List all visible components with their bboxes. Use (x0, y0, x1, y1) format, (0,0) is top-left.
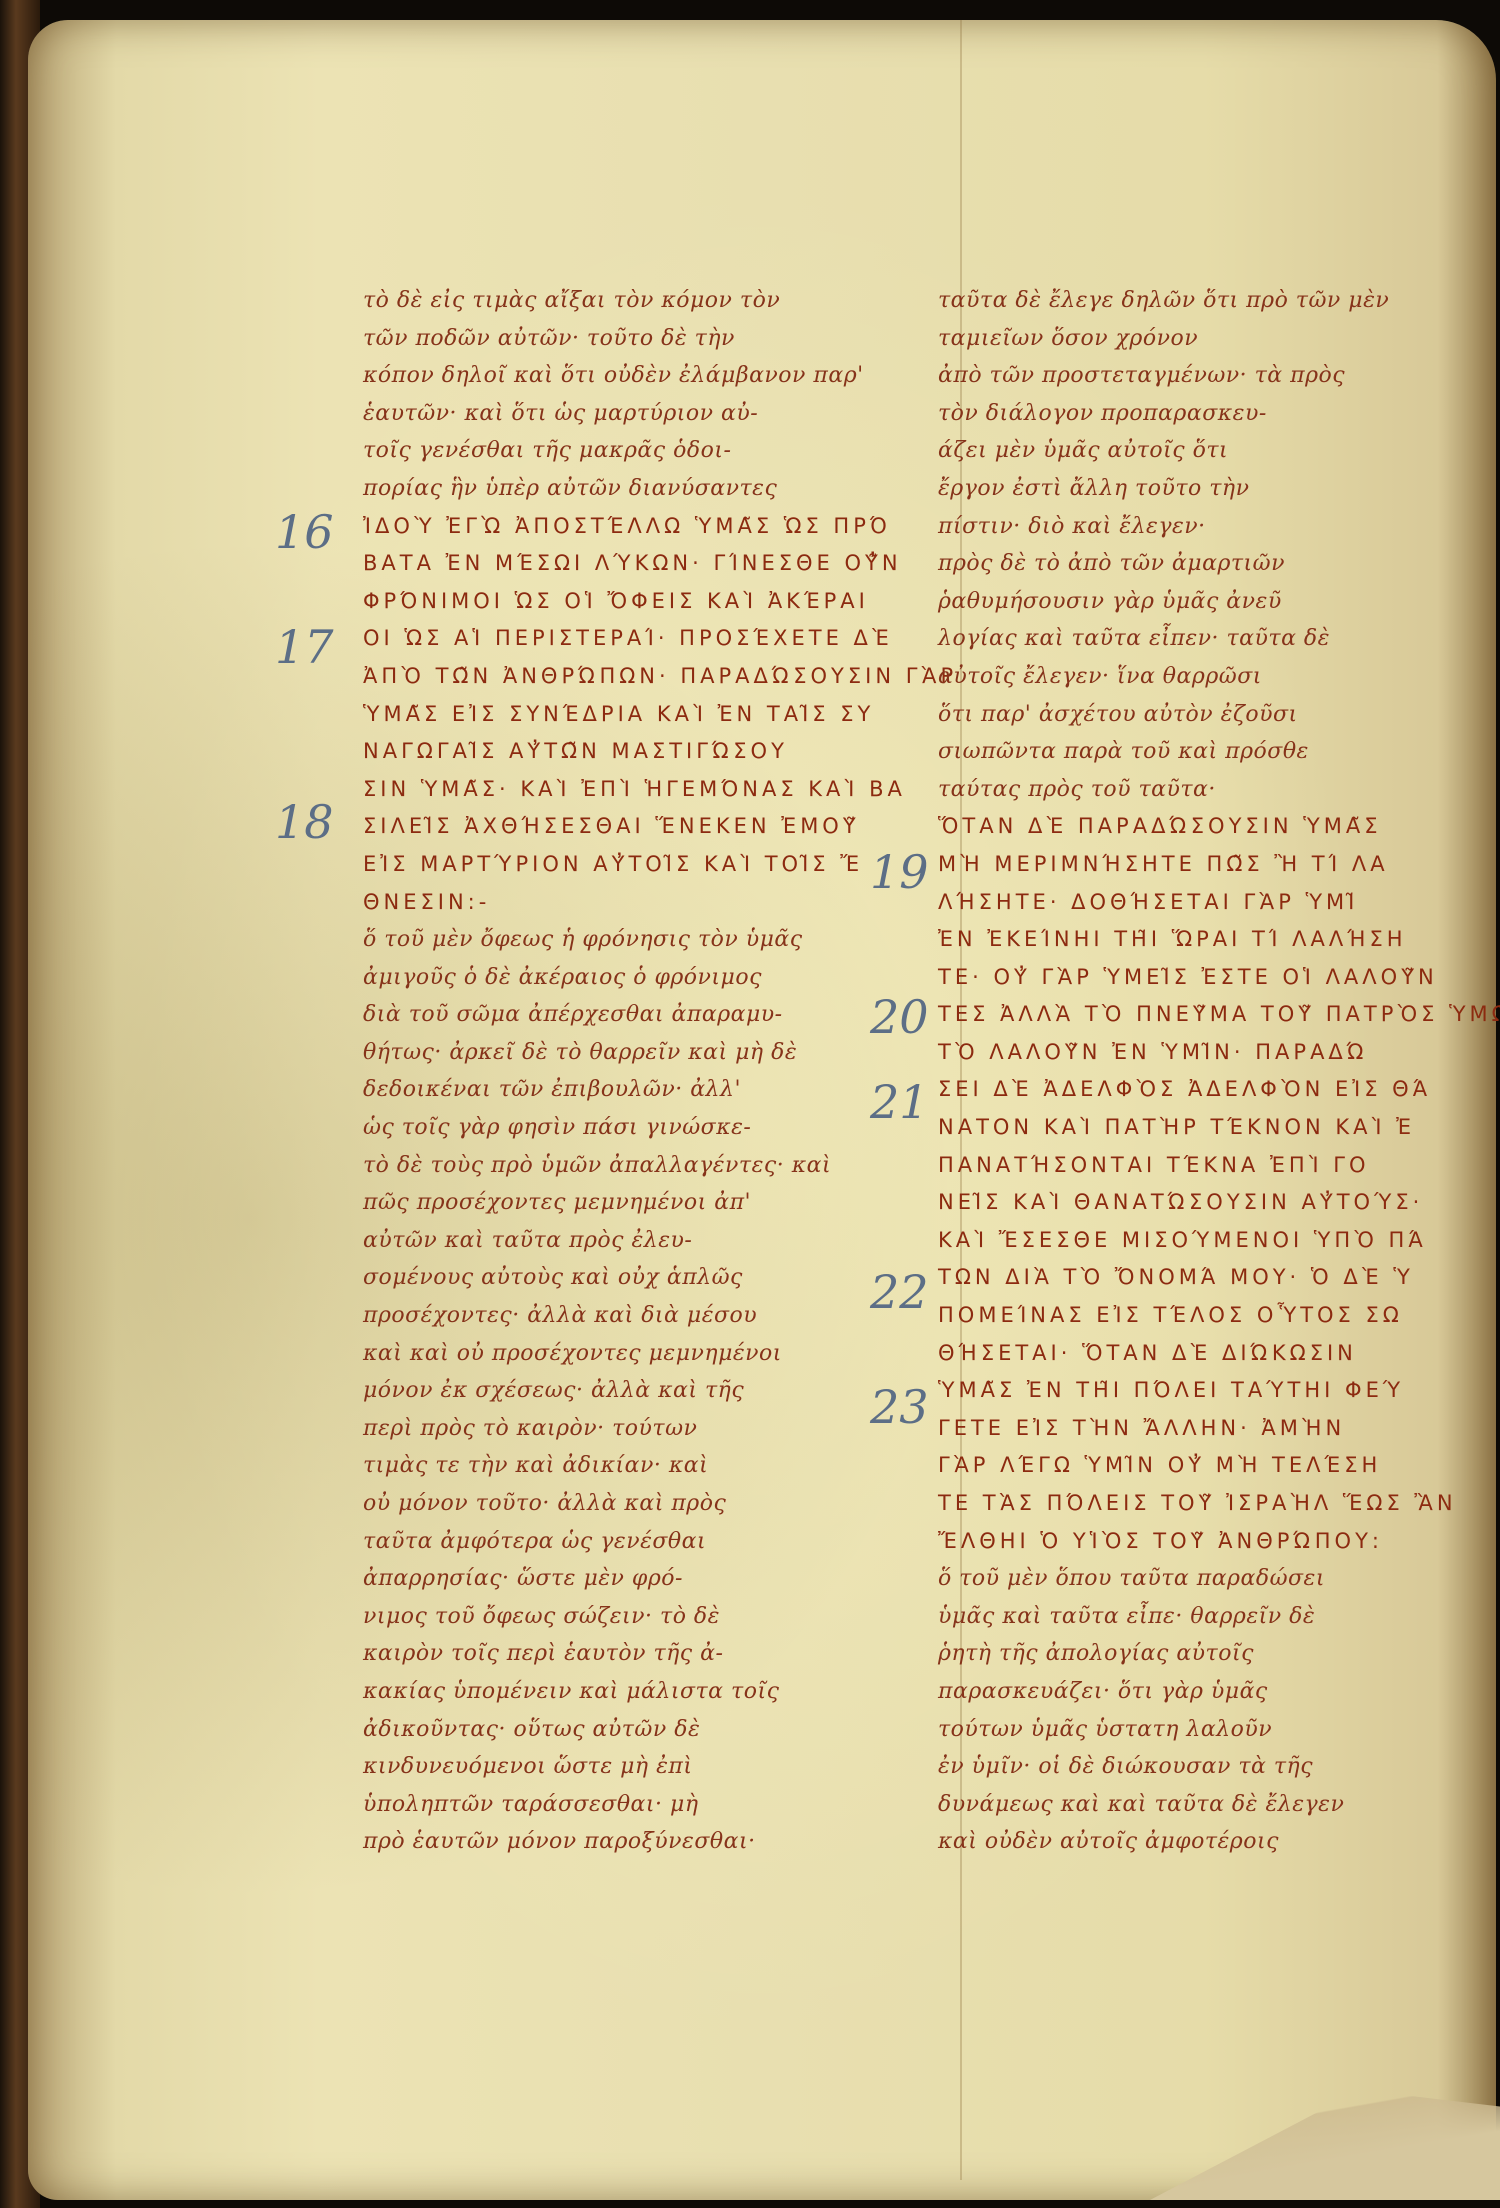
commentary-line: άζει μὲν ὑμᾶς αὐτοῖς ὅτι (938, 432, 1398, 470)
commentary-line: ἔργον ἐστὶ ἄλλη τοῦτο τὴν (938, 470, 1398, 508)
commentary-line: ὅ τοῦ μὲν ὅπου ταῦτα παραδώσει (938, 1560, 1398, 1598)
commentary-line: οὐ μόνον τοῦτο· ἀλλὰ καὶ πρὸς (363, 1485, 833, 1523)
commentary-line: ὡς τοῖς γὰρ φησὶν πάσι γινώσκε- (363, 1109, 833, 1147)
scripture-line: καὶ ἔσεσθε μισούμενοι ὑπὸ πά (938, 1222, 1398, 1260)
commentary-line: περὶ πρὸς τὸ καιρὸν· τούτων (363, 1410, 833, 1448)
scripture-line: ὅταν δὲ παραδώσουσιν ὑμᾶς (938, 808, 1398, 846)
commentary-line: τιμὰς τε τὴν καὶ ἀδικίαν· καὶ (363, 1447, 833, 1485)
scripture-line: τες ἀλλὰ τὸ πνεῦμα τοῦ πατρὸς ὑμῶν (938, 996, 1398, 1034)
commentary-line: ἀδικοῦντας· οὕτως αὐτῶν δὲ (363, 1711, 833, 1749)
scripture-line: ἰδοὺ ἐγὼ ἀποστέλλω ὑμᾶς ὡς πρό (363, 508, 833, 546)
commentary-line: διὰ τοῦ σῶμα ἀπέρχεσθαι ἀπαραμυ- (363, 996, 833, 1034)
commentary-line: ῥητὴ τῆς ἀπολογίας αὐτοῖς (938, 1635, 1398, 1673)
verse-number: 22 (870, 1265, 929, 1319)
text-column-right: ταῦτα δὲ ἔλεγε δηλῶν ὅτι πρὸ τῶν μὲνταμι… (938, 282, 1398, 1861)
scripture-line: νατον καὶ πατὴρ τέκνον καὶ ἐ (938, 1109, 1398, 1147)
scripture-line: λήσητε· δοθήσεται γὰρ ὑμῖ (938, 884, 1398, 922)
commentary-line: ἐν ὑμῖν· οἱ δὲ διώκουσαν τὰ τῆς (938, 1748, 1398, 1786)
scripture-line: τε· οὐ γὰρ ὑμεῖς ἐστε οἱ λαλοῦν (938, 959, 1398, 997)
scripture-line: ὑμᾶς εἰς συνέδρια καὶ ἐν ταῖς συ (363, 696, 833, 734)
scripture-line: τε τὰς πόλεις τοῦ Ἰσραὴλ ἕως ἂν (938, 1485, 1398, 1523)
verse-number: 16 (275, 505, 334, 559)
scripture-line: ἔλθῃ ὁ υἱὸς τοῦ ἀνθρώπου: (938, 1523, 1398, 1561)
verse-number: 23 (870, 1380, 929, 1434)
scripture-line: οι ὡς αἱ περιστεραί· προσέχετε δὲ (363, 620, 833, 658)
scripture-line: ναγωγαῖς αὐτῶν μαστιγώσου (363, 733, 833, 771)
scripture-line: φρόνιμοι ὡς οἱ ὄφεις καὶ ἀκέραι (363, 583, 833, 621)
scripture-line: πομείνας εἰς τέλος οὗτος σω (938, 1297, 1398, 1335)
verse-number: 20 (870, 990, 929, 1044)
commentary-line: τοῖς γενέσθαι τῆς μακρᾶς ὁδοι- (363, 432, 833, 470)
commentary-line: νιμος τοῦ ὄφεως σώζειν· τὸ δὲ (363, 1598, 833, 1636)
commentary-line: αὐτῶν καὶ ταῦτα πρὸς ἐλευ- (363, 1222, 833, 1260)
scripture-line: σει δὲ ἀδελφὸς ἀδελφὸν εἰς θά (938, 1071, 1398, 1109)
scripture-line: βατα ἐν μέσῳ λύκων· γίνεσθε οὖν (363, 545, 833, 583)
verse-number: 17 (275, 620, 334, 674)
commentary-line: δεδοικέναι τῶν ἐπιβουλῶν· ἀλλ' (363, 1071, 833, 1109)
commentary-line: μόνον ἐκ σχέσεως· ἀλλὰ καὶ τῆς (363, 1372, 833, 1410)
commentary-line: πίστιν· διὸ καὶ ἔλεγεν· (938, 508, 1398, 546)
commentary-line: ταμιεῖων ὅσον χρόνον (938, 320, 1398, 358)
commentary-line: ὅτι παρ' ἀσχέτου αὐτὸν ἐζοῦσι (938, 696, 1398, 734)
scripture-line: σιλεῖς ἀχθήσεσθαι ἕνεκεν ἐμοῦ (363, 808, 833, 846)
commentary-line: ὅ τοῦ μὲν ὄφεως ἡ φρόνησις τὸν ὑμᾶς (363, 921, 833, 959)
commentary-line: κακίας ὑπομένειν καὶ μάλιστα τοῖς (363, 1673, 833, 1711)
commentary-line: προσέχοντες· ἀλλὰ καὶ διὰ μέσου (363, 1297, 833, 1335)
commentary-line: παρασκευάζει· ὅτι γὰρ ὑμᾶς (938, 1673, 1398, 1711)
commentary-line: ταύτας πρὸς τοῦ ταῦτα· (938, 771, 1398, 809)
commentary-line: τὸν διάλογον προπαρασκευ- (938, 395, 1398, 433)
commentary-line: τὸ δὲ εἰς τιμὰς αἴξαι τὸν κόμον τὸν (363, 282, 833, 320)
commentary-line: τῶν ποδῶν αὐτῶν· τοῦτο δὲ τὴν (363, 320, 833, 358)
commentary-line: πρὸ ἑαυτῶν μόνον παροξύνεσθαι· (363, 1823, 833, 1861)
commentary-line: κόπον δηλοῖ καὶ ὅτι οὐδὲν ἐλάμβανον παρ' (363, 357, 833, 395)
commentary-line: ὑποληπτῶν ταράσσεσθαι· μὴ (363, 1786, 833, 1824)
commentary-line: σιωπῶντα παρὰ τοῦ καὶ πρόσθε (938, 733, 1398, 771)
text-column-left: τὸ δὲ εἰς τιμὰς αἴξαι τὸν κόμον τὸντῶν π… (363, 282, 833, 1861)
commentary-line: ῥαθυμήσουσιν γὰρ ὑμᾶς ἀνεῦ (938, 583, 1398, 621)
commentary-line: τούτων ὑμᾶς ὑστατη λαλοῦν (938, 1711, 1398, 1749)
commentary-line: πῶς προσέχοντες μεμνημένοι ἀπ' (363, 1184, 833, 1222)
scripture-line: ἐν ἐκείνῃ τῇ ὥρᾳ τί λαλήση (938, 921, 1398, 959)
commentary-line: ἀμιγοῦς ὁ δὲ ἀκέραιος ὁ φρόνιμος (363, 959, 833, 997)
commentary-line: καὶ οὐδὲν αὐτοῖς ἀμφοτέροις (938, 1823, 1398, 1861)
scripture-line: γετε εἰς τὴν ἄλλην· ἀμὴν (938, 1410, 1398, 1448)
scripture-line: των διὰ τὸ ὄνομά μου· ὁ δὲ ὑ (938, 1259, 1398, 1297)
scripture-line: θνεσιν:- (363, 884, 833, 922)
commentary-line: καὶ καὶ οὐ προσέχοντες μεμνημένοι (363, 1335, 833, 1373)
commentary-line: ἀπὸ τῶν προστεταγμένων· τὰ πρὸς (938, 357, 1398, 395)
scripture-line: μὴ μεριμνήσητε πῶς ἢ τί λα (938, 846, 1398, 884)
scripture-line: ὑμᾶς ἐν τῇ πόλει ταύτῃ φεύ (938, 1372, 1398, 1410)
commentary-line: ταῦτα δὲ ἔλεγε δηλῶν ὅτι πρὸ τῶν μὲν (938, 282, 1398, 320)
scripture-line: εἰς μαρτύριον αὐτοῖς καὶ τοῖς ἔ (363, 846, 833, 884)
scripture-line: θήσεται· ὅταν δὲ διώκωσιν (938, 1335, 1398, 1373)
commentary-line: πρὸς δὲ τὸ ἀπὸ τῶν ἀμαρτιῶν (938, 545, 1398, 583)
scripture-line: σιν ὑμᾶς· καὶ ἐπὶ ἡγεμόνας καὶ βα (363, 771, 833, 809)
scripture-line: νεῖς καὶ θανατώσουσιν αὐτούς· (938, 1184, 1398, 1222)
commentary-line: λογίας καὶ ταῦτα εἶπεν· ταῦτα δὲ (938, 620, 1398, 658)
commentary-line: ταῦτα ἀμφότερα ὡς γενέσθαι (363, 1523, 833, 1561)
commentary-line: σομένους αὐτοὺς καὶ οὐχ ἁπλῶς (363, 1259, 833, 1297)
verse-number: 19 (870, 845, 929, 899)
commentary-line: τὸ δὲ τοὺς πρὸ ὑμῶν ἀπαλλαγέντες· καὶ (363, 1147, 833, 1185)
scripture-line: τὸ λαλοῦν ἐν ὑμῖν· παραδώ (938, 1034, 1398, 1072)
verse-number: 21 (870, 1075, 929, 1129)
scripture-line: πανατήσονται τέκνα ἐπὶ γο (938, 1147, 1398, 1185)
scripture-line: ἀπὸ τῶν ἀνθρώπων· παραδώσουσιν γὰρ (363, 658, 833, 696)
commentary-line: αὐτοῖς ἔλεγεν· ἵνα θαρρῶσι (938, 658, 1398, 696)
commentary-line: ἑαυτῶν· καὶ ὅτι ὡς μαρτύριον αὐ- (363, 395, 833, 433)
verse-number: 18 (275, 795, 334, 849)
commentary-line: καιρὸν τοῖς περὶ ἑαυτὸν τῆς ἀ- (363, 1635, 833, 1673)
commentary-line: κινδυνευόμενοι ὥστε μὴ ἐπὶ (363, 1748, 833, 1786)
commentary-line: ἀπαρρησίας· ὥστε μὲν φρό- (363, 1560, 833, 1598)
scripture-line: γὰρ λέγω ὑμῖν οὐ μὴ τελέση (938, 1447, 1398, 1485)
commentary-line: δυνάμεως καὶ καὶ ταῦτα δὲ ἔλεγεν (938, 1786, 1398, 1824)
commentary-line: θήτως· ἀρκεῖ δὲ τὸ θαρρεῖν καὶ μὴ δὲ (363, 1034, 833, 1072)
commentary-line: πορίας ἣν ὑπὲρ αὐτῶν διανύσαντες (363, 470, 833, 508)
commentary-line: ὑμᾶς καὶ ταῦτα εἶπε· θαρρεῖν δὲ (938, 1598, 1398, 1636)
